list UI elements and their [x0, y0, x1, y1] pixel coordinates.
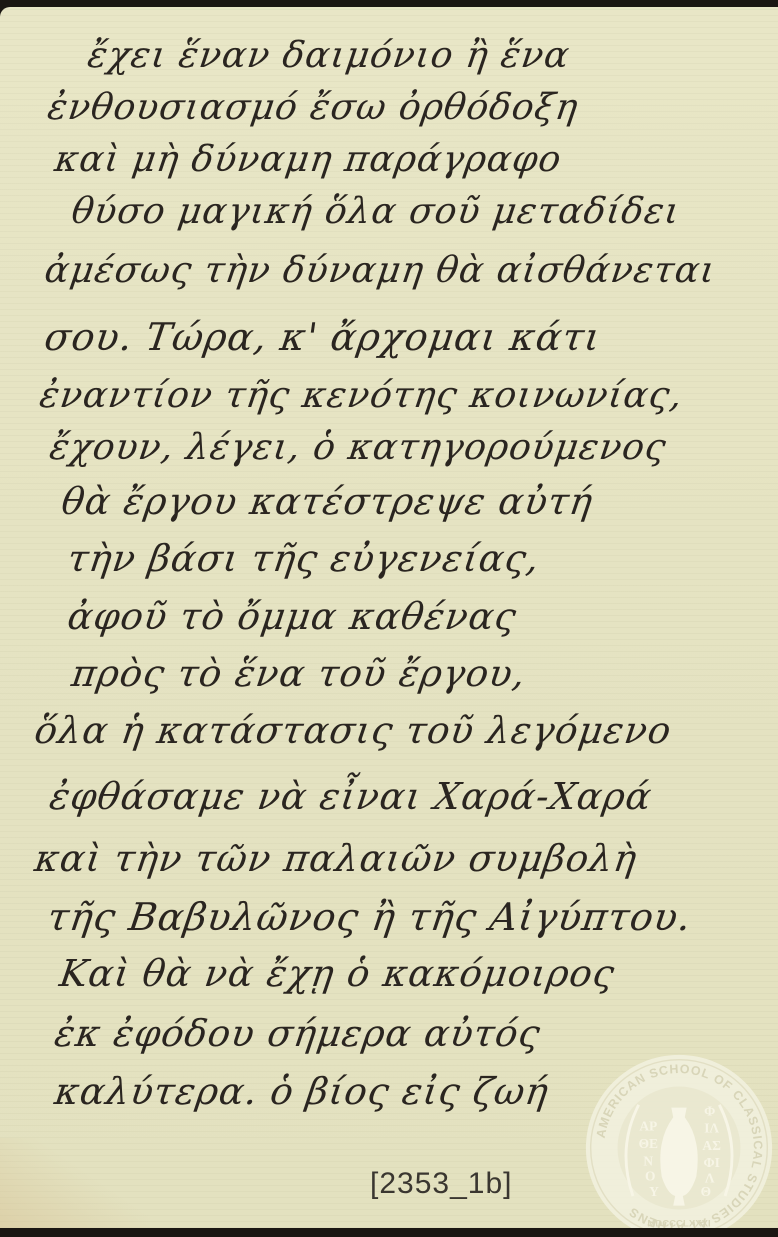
svg-text:ΙΛ: ΙΛ — [704, 1121, 719, 1136]
svg-text:ΘΕ: ΘΕ — [639, 1136, 658, 1151]
handwritten-line-19: καλύτερα. ὁ βίος εἰς ζωή — [52, 1070, 552, 1113]
handwritten-line-7: ἐναντίον τῆς κενότης κοινωνίας, — [37, 375, 685, 416]
handwritten-line-2: ἐνθουσιασμό ἔσω ὀρθόδοξη — [45, 87, 581, 128]
svg-text:Υ: Υ — [649, 1184, 659, 1199]
seal-year-text: MDCCCLXXXI — [647, 1219, 711, 1228]
svg-text:ΑΣ: ΑΣ — [702, 1138, 721, 1153]
manuscript-page: ἔχει ἕναν δαιμόνιο ἢ ἕνα ἐνθουσιασμό ἔσω… — [0, 7, 778, 1228]
handwritten-line-17: Καὶ θὰ νὰ ἔχῃ ὁ κακόμοιρος — [57, 952, 618, 995]
svg-text:Θ: Θ — [701, 1184, 711, 1199]
handwritten-line-9: θὰ ἔργου κατέστρεψε αὐτή — [59, 480, 596, 523]
handwritten-line-14: ἐφθάσαμε νὰ εἶναι Χαρά-Χαρά — [47, 775, 655, 818]
handwritten-line-16: τῆς Βαβυλῶνος ἢ τῆς Αἰγύπτου. — [45, 895, 695, 939]
handwritten-line-10: τὴν βάσι τῆς εὐγενείας, — [65, 537, 543, 580]
svg-text:Φ: Φ — [704, 1103, 715, 1118]
handwritten-line-13: ὅλα ἡ κατάστασις τοῦ λεγόμενο — [32, 709, 674, 752]
svg-text:Ο: Ο — [645, 1169, 655, 1184]
handwritten-line-12: πρὸς τὸ ἕνα τοῦ ἔργου, — [69, 652, 529, 695]
handwritten-line-8: ἔχουν, λέγει, ὁ κατηγορούμενος — [47, 427, 669, 468]
handwritten-line-5: ἀμέσως τὴν δύναμη θὰ αἰσθάνεται — [42, 250, 718, 291]
svg-text:ΦΙ: ΦΙ — [703, 1155, 719, 1170]
handwritten-line-6: σου. Τώρα, κ' ἄρχομαι κάτι — [42, 315, 604, 359]
handwritten-line-18: ἐκ ἐφόδου σήμερα αὐτός — [52, 1012, 544, 1055]
handwritten-line-15: καὶ τὴν τῶν παλαιῶν συμβολὴ — [32, 837, 640, 880]
handwritten-line-4: θύσο μαγική ὅλα σοῦ μεταδίδει — [69, 191, 683, 232]
paper-fold-shading — [0, 1138, 150, 1228]
handwritten-line-11: ἀφοῦ τὸ ὄμμα καθένας — [65, 595, 520, 638]
handwritten-line-1: ἔχει ἕναν δαιμόνιο ἢ ἕνα — [85, 35, 572, 76]
svg-text:ΑΡ: ΑΡ — [639, 1119, 657, 1134]
catalog-number-label: [2353_1b] — [370, 1167, 512, 1201]
svg-text:Ν: Ν — [643, 1153, 653, 1168]
handwritten-line-3: καὶ μὴ δύναμη παράγραφο — [52, 139, 564, 180]
institution-seal-icon: AMERICAN SCHOOL OF CLASSICAL STUDIES AT … — [583, 1052, 775, 1228]
